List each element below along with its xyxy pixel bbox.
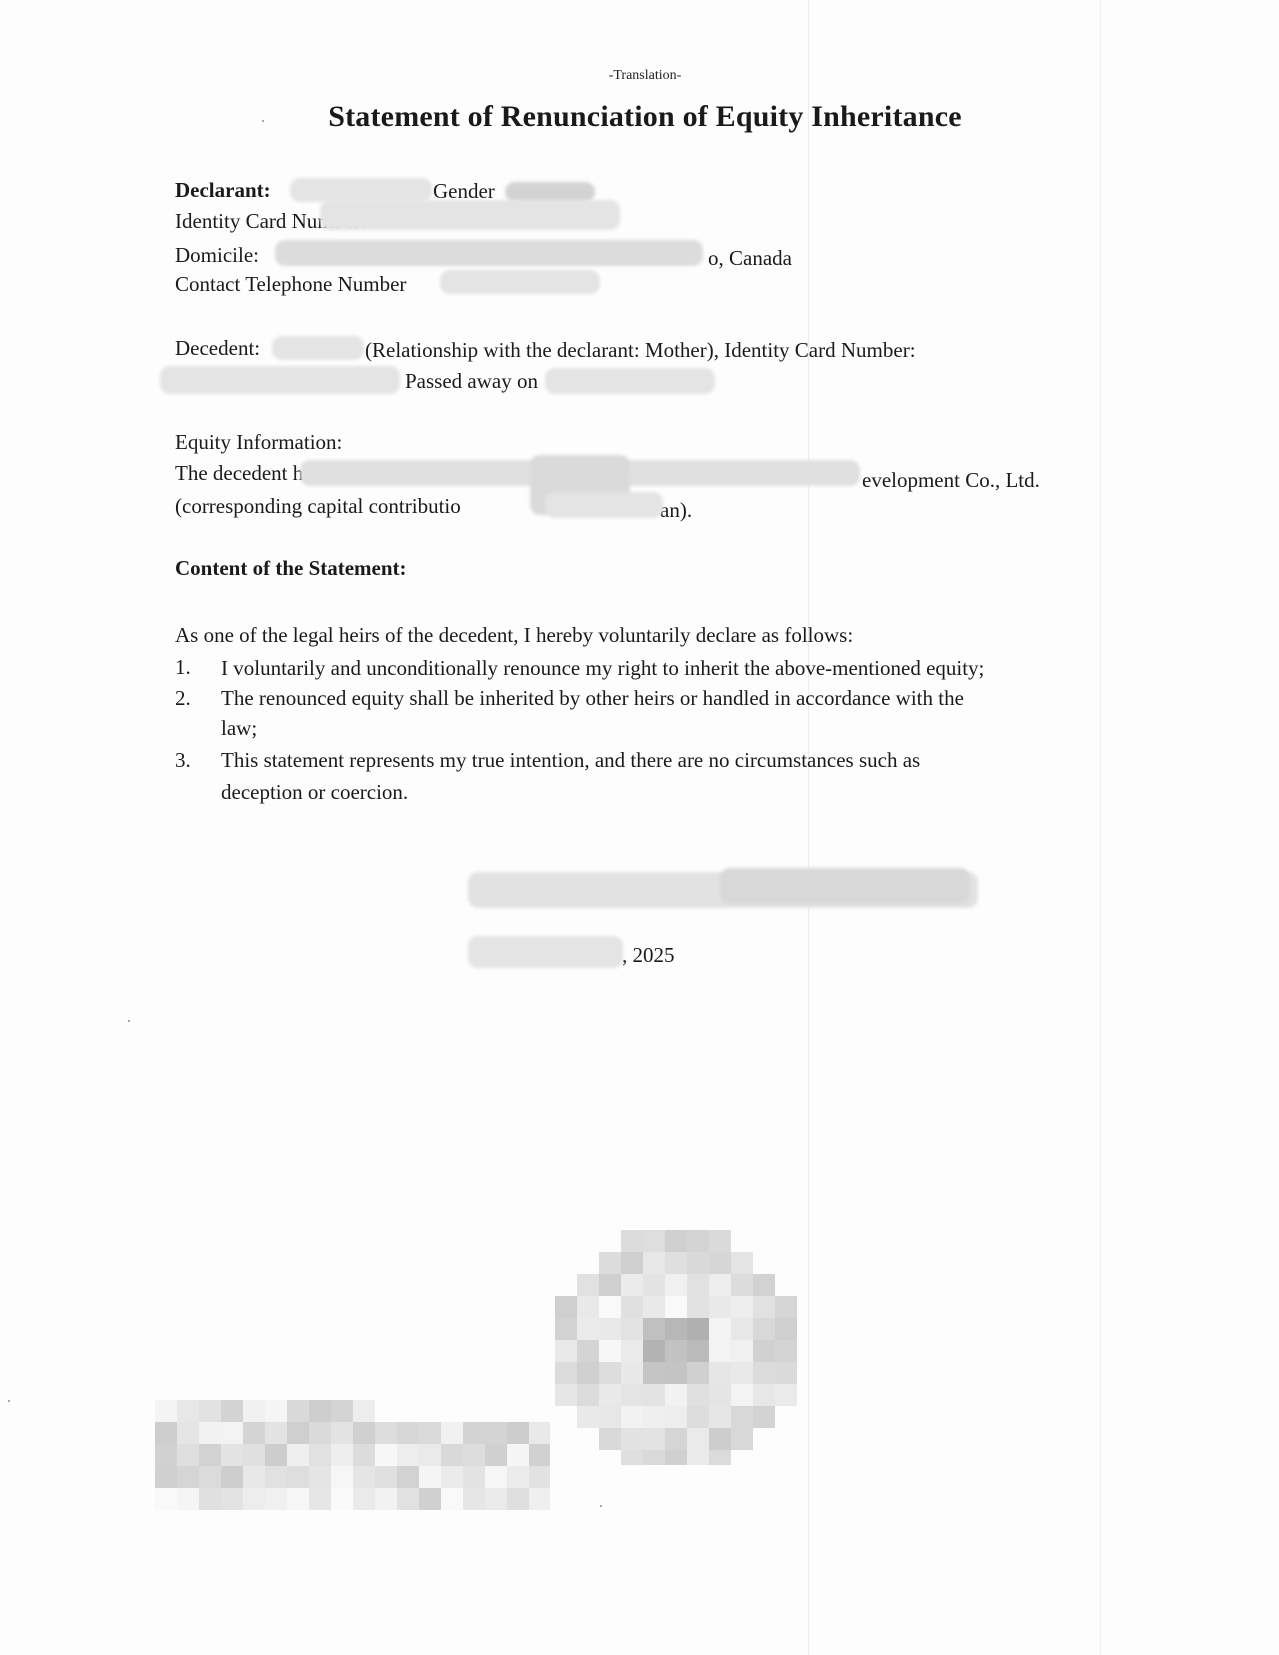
gender-label: Gender: [433, 181, 495, 202]
equity-line-2-prefix: (corresponding capital contributio: [175, 496, 461, 517]
redacted-death-date: [545, 368, 715, 394]
equity-line-1-suffix: evelopment Co., Ltd.: [862, 470, 1040, 491]
list-item-2-line-2: law;: [221, 718, 257, 739]
list-number: 3.: [175, 748, 191, 773]
redacted-phone: [440, 270, 600, 294]
list-number: 2.: [175, 686, 191, 711]
list-item-3-line-1: This statement represents my true intent…: [221, 750, 920, 771]
equity-line-1-prefix: The decedent h: [175, 463, 303, 484]
declarant-row: Declarant:: [175, 180, 271, 201]
official-seal-pixelated: [555, 1230, 800, 1465]
signature-date-year: , 2025: [622, 945, 675, 966]
decedent-label: Decedent:: [175, 338, 260, 359]
paper-speck: [128, 1020, 130, 1022]
redacted-gender: [505, 182, 595, 202]
decedent-relationship: (Relationship with the declarant: Mother…: [365, 340, 916, 361]
passed-away-label: Passed away on: [405, 371, 538, 392]
declarant-label: Declarant:: [175, 178, 271, 202]
equity-info-label: Equity Information:: [175, 432, 342, 453]
domicile-label: Domicile:: [175, 245, 259, 266]
list-item-1: I voluntarily and unconditionally renoun…: [221, 658, 984, 679]
paper-fold-line: [808, 0, 809, 1655]
redacted-decedent-id: [160, 366, 400, 394]
list-number: 1.: [175, 655, 191, 680]
redacted-id-number: [320, 200, 620, 230]
translation-note: -Translation-: [0, 68, 1279, 84]
list-item-3-line-2: deception or coercion.: [221, 782, 408, 803]
redacted-name: [290, 178, 432, 202]
equity-line-2-suffix: an).: [660, 500, 692, 521]
paper-speck: [8, 1400, 10, 1402]
statement-heading: Content of the Statement:: [175, 558, 407, 579]
paper-fold-line: [1100, 0, 1101, 1655]
domicile-suffix: o, Canada: [708, 248, 792, 269]
list-item-2-line-1: The renounced equity shall be inherited …: [221, 688, 964, 709]
statement-intro: As one of the legal heirs of the deceden…: [175, 625, 853, 646]
redacted-domicile: [275, 240, 703, 266]
redacted-signature-name: [720, 868, 970, 904]
redacted-decedent-name: [272, 336, 364, 360]
stamp-text-pixelated: [155, 1400, 550, 1510]
phone-label: Contact Telephone Number: [175, 274, 406, 295]
paper-speck: [600, 1505, 602, 1507]
redacted-capital: [545, 492, 663, 518]
redacted-signature-date: [468, 936, 623, 968]
document-title: Statement of Renunciation of Equity Inhe…: [0, 100, 1279, 134]
